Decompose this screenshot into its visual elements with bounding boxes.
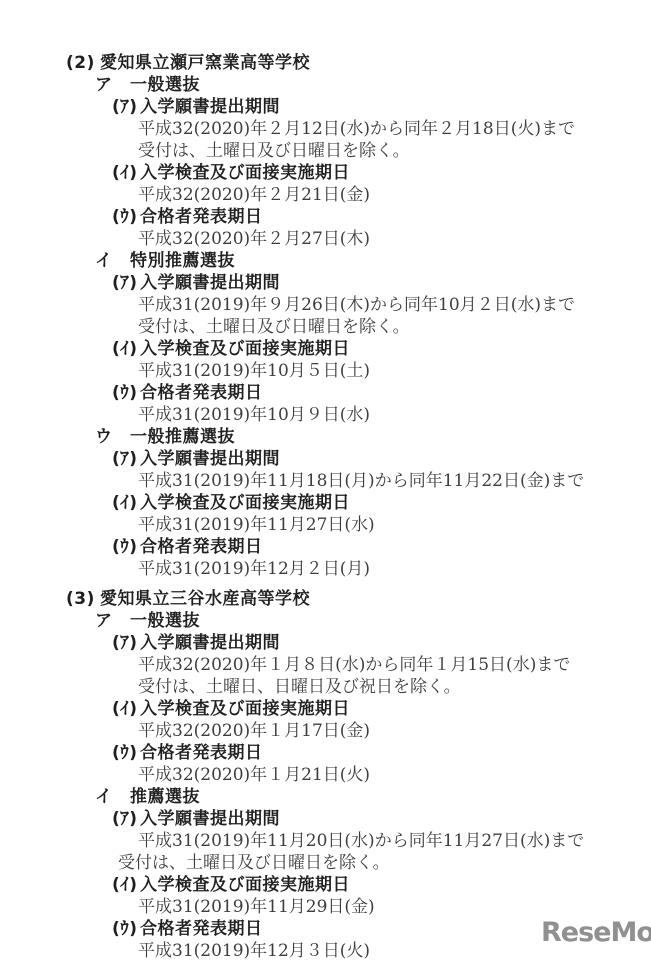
item-title: 入学願書提出期間 [140,449,280,469]
date-line: 平成31(2019)年11月18日(月)から同年11月22日(金)まで [0,470,651,492]
item-title: 入学検査及び面接実施期日 [140,493,350,513]
item-marker: (ｱ) [112,272,140,294]
section-heading: イ特別推薦選抜 [0,250,651,272]
date-line: 平成31(2019)年11月27日(水) [0,514,651,536]
section-heading: ウ一般推薦選抜 [0,426,651,448]
item-title: 入学願書提出期間 [140,633,280,653]
item-marker: (ｲ) [112,698,140,720]
item-title: 合格者発表期日 [140,743,263,763]
item-marker: (ｱ) [112,96,140,118]
school-name: 愛知県立三谷水産高等学校 [100,589,310,609]
section-marker: ア [95,610,130,632]
section-marker: ウ [95,426,130,448]
date-line: 平成31(2019)年12月２日(月) [0,558,651,580]
item-marker: (ｳ) [112,382,140,404]
item-heading: (ｲ)入学検査及び面接実施期日 [0,698,651,720]
item-marker: (ｱ) [112,448,140,470]
school-heading: (3)愛知県立三谷水産高等学校 [0,588,651,610]
item-heading: (ｱ)入学願書提出期間 [0,632,651,654]
date-line: 平成32(2020)年２月27日(木) [0,228,651,250]
item-heading: (ｱ)入学願書提出期間 [0,448,651,470]
item-heading: (ｳ)合格者発表期日 [0,382,651,404]
item-title: 入学検査及び面接実施期日 [140,339,350,359]
item-marker: (ｳ) [112,742,140,764]
watermark-text: ReseMom. [541,917,651,948]
item-heading: (ｳ)合格者発表期日 [0,536,651,558]
item-heading: (ｱ)入学願書提出期間 [0,808,651,830]
item-title: 入学願書提出期間 [140,273,280,293]
note-line: 受付は、土曜日及び日曜日を除く。 [0,316,651,338]
item-marker: (ｲ) [112,492,140,514]
date-line: 平成32(2020)年１月８日(水)から同年１月15日(水)まで [0,654,651,676]
date-line: 平成32(2020)年２月21日(金) [0,184,651,206]
item-heading: (ｱ)入学願書提出期間 [0,272,651,294]
item-marker: (ｲ) [112,338,140,360]
item-title: 入学検査及び面接実施期日 [140,163,350,183]
date-line: 平成32(2020)年１月17日(金) [0,720,651,742]
date-line: 平成32(2020)年２月12日(水)から同年２月18日(火)まで [0,118,651,140]
item-marker: (ｲ) [112,874,140,896]
date-line: 平成31(2019)年11月20日(水)から同年11月27日(水)まで [0,830,651,852]
section-marker: イ [95,786,130,808]
section-name: 推薦選抜 [130,787,200,807]
item-title: 入学検査及び面接実施期日 [140,699,350,719]
item-heading: (ｲ)入学検査及び面接実施期日 [0,338,651,360]
section-heading: ア一般選抜 [0,610,651,632]
item-title: 合格者発表期日 [140,383,263,403]
date-line: 平成31(2019)年11月29日(金) [0,896,651,918]
item-title: 入学願書提出期間 [140,97,280,117]
item-heading: (ｲ)入学検査及び面接実施期日 [0,874,651,896]
date-line: 平成31(2019)年10月５日(土) [0,360,651,382]
item-heading: (ｳ)合格者発表期日 [0,206,651,228]
document-page: (2)愛知県立瀬戸窯業高等学校 ア一般選抜 (ｱ)入学願書提出期間 平成32(2… [0,0,651,964]
section-name: 一般選抜 [130,75,200,95]
item-title: 入学検査及び面接実施期日 [140,875,350,895]
section-name: 一般推薦選抜 [130,427,235,447]
section-heading: ア一般選抜 [0,74,651,96]
item-marker: (ｳ) [112,536,140,558]
note-line: 受付は、土曜日及び日曜日を除く。 [0,852,651,874]
school-marker: (2) [66,52,100,74]
note-line: 受付は、土曜日及び日曜日を除く。 [0,140,651,162]
section-name: 特別推薦選抜 [130,251,235,271]
item-marker: (ｱ) [112,808,140,830]
item-title: 入学願書提出期間 [140,809,280,829]
item-marker: (ｳ) [112,206,140,228]
school-heading: (2)愛知県立瀬戸窯業高等学校 [0,52,651,74]
section-marker: ア [95,74,130,96]
resemom-watermark: ReseMom.リセマム [541,917,651,948]
section-name: 一般選抜 [130,611,200,631]
item-marker: (ｲ) [112,162,140,184]
date-line: 平成32(2020)年１月21日(火) [0,764,651,786]
item-heading: (ｱ)入学願書提出期間 [0,96,651,118]
date-line: 平成31(2019)年９月26日(木)から同年10月２日(水)まで [0,294,651,316]
item-heading: (ｲ)入学検査及び面接実施期日 [0,492,651,514]
date-line: 平成31(2019)年10月９日(水) [0,404,651,426]
note-line: 受付は、土曜日、日曜日及び祝日を除く。 [0,676,651,698]
item-title: 合格者発表期日 [140,919,263,939]
school-name: 愛知県立瀬戸窯業高等学校 [100,53,310,73]
item-title: 合格者発表期日 [140,537,263,557]
item-heading: (ｲ)入学検査及び面接実施期日 [0,162,651,184]
item-title: 合格者発表期日 [140,207,263,227]
item-marker: (ｱ) [112,632,140,654]
section-heading: イ推薦選抜 [0,786,651,808]
item-marker: (ｳ) [112,918,140,940]
section-marker: イ [95,250,130,272]
item-heading: (ｳ)合格者発表期日 [0,742,651,764]
school-marker: (3) [66,588,100,610]
